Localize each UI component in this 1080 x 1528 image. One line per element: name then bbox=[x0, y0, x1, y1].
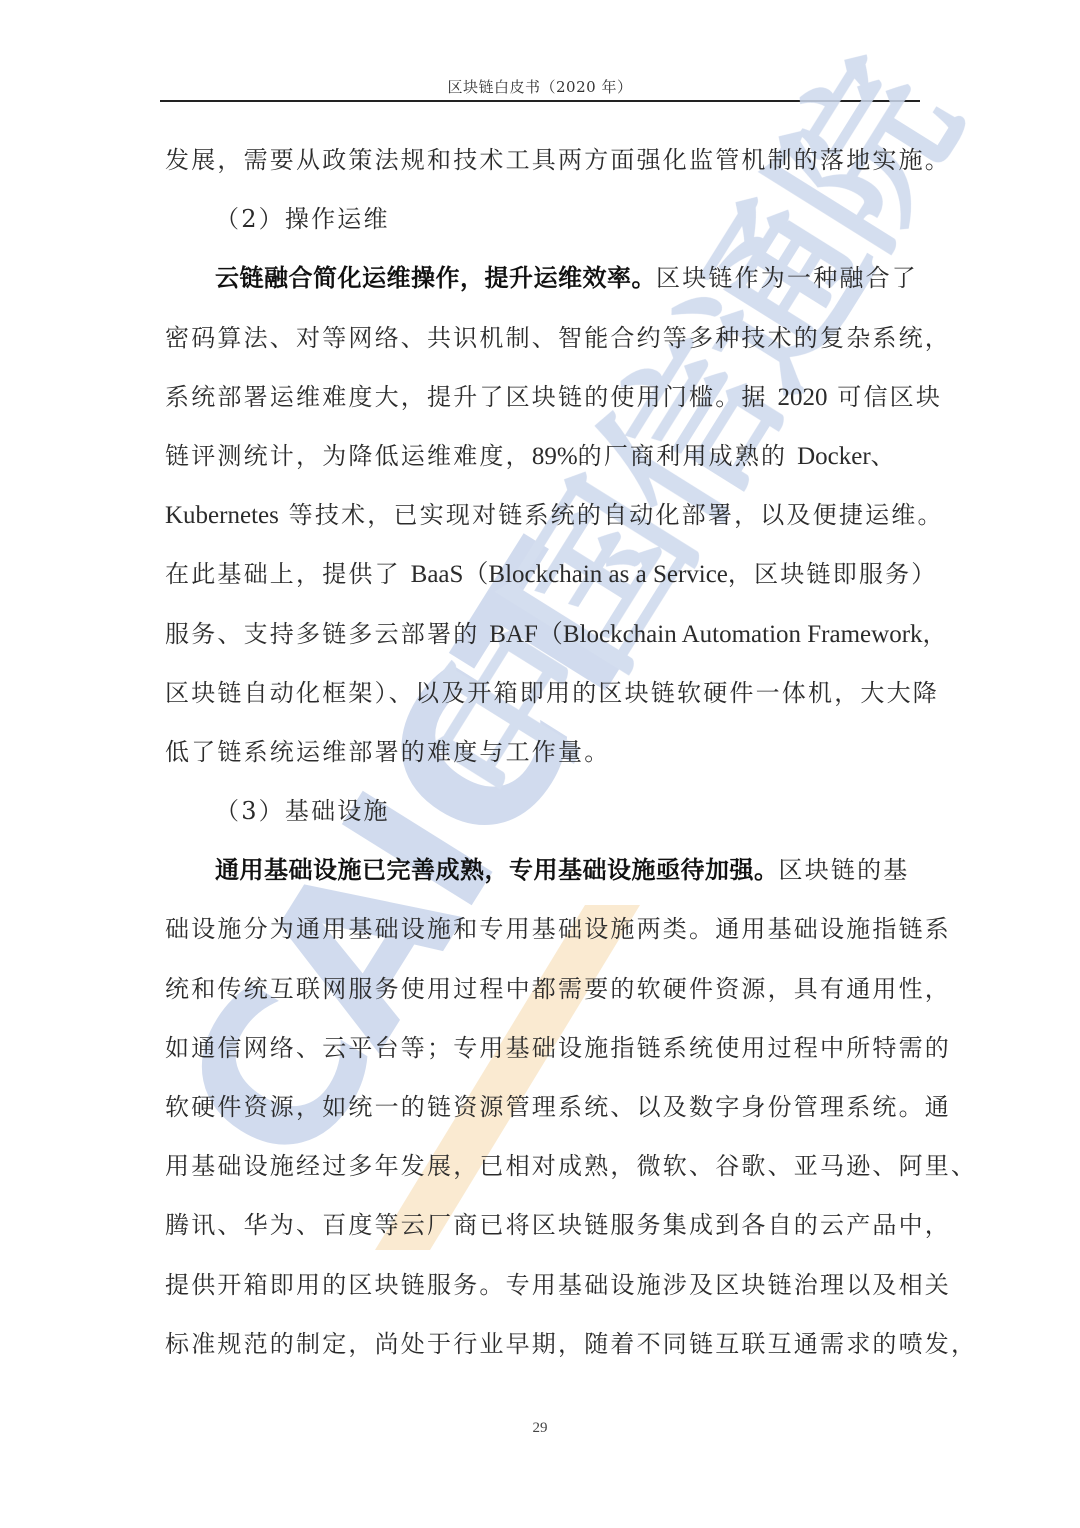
text-span: 可信区块 bbox=[827, 383, 942, 411]
text-line: 链评测统计，为降低运维难度，89%的厂商利用成熟的 Docker、 bbox=[165, 432, 917, 491]
section-heading-infrastructure: （3）基础设施 bbox=[165, 787, 917, 846]
text-span: 区块链作为一种融合了 bbox=[656, 264, 918, 292]
text-line: 腾讯、华为、百度等云厂商已将区块链服务集成到各自的云产品中， bbox=[165, 1201, 917, 1260]
text-line: 在此基础上，提供了 BaaS（Blockchain as a Service，区… bbox=[165, 550, 917, 609]
text-span: ， bbox=[923, 620, 949, 648]
text-span: 在此基础上，提供了 bbox=[165, 560, 411, 588]
term-baf: BAF（Blockchain Automation Framework bbox=[489, 621, 922, 648]
year-value: 2020 bbox=[777, 384, 827, 411]
paragraph-infrastructure-line: 通用基础设施已完善成熟，专用基础设施亟待加强。区块链的基 bbox=[165, 846, 917, 905]
text-span: 、 bbox=[871, 442, 897, 470]
body-text: 发展，需要从政策法规和技术工具两方面强化监管机制的落地实施。 （2）操作运维 云… bbox=[165, 136, 917, 1379]
running-header: 区块链白皮书（2020 年） bbox=[160, 76, 920, 97]
text-span: 系统部署运维难度大，提升了区块链的使用门槛。据 bbox=[165, 383, 777, 411]
text-line: 服务、支持多链多云部署的 BAF（Blockchain Automation F… bbox=[165, 610, 917, 669]
text-line: 系统部署运维难度大，提升了区块链的使用门槛。据 2020 可信区块 bbox=[165, 373, 917, 432]
text-line: 发展，需要从政策法规和技术工具两方面强化监管机制的落地实施。 bbox=[165, 136, 917, 195]
header-divider bbox=[160, 100, 920, 102]
document-page: CAICT 中国信通院 区块链白皮书（2020 年） 发展，需要从政策法规和技术… bbox=[0, 0, 1080, 1528]
percentage-value: 89% bbox=[532, 443, 578, 470]
term-baas: BaaS（Blockchain as a Service bbox=[411, 561, 728, 588]
term-kubernetes: Kubernetes bbox=[165, 502, 279, 529]
paragraph-operations-line: 云链融合简化运维操作，提升运维效率。区块链作为一种融合了 bbox=[165, 254, 917, 313]
text-line: Kubernetes 等技术，已实现对链系统的自动化部署，以及便捷运维。 bbox=[165, 491, 917, 550]
page-number: 29 bbox=[0, 1420, 1080, 1437]
section-heading-operations: （2）操作运维 bbox=[165, 195, 917, 254]
text-line: 统和传统互联网服务使用过程中都需要的软硬件资源，具有通用性， bbox=[165, 965, 917, 1024]
text-line: 区块链自动化框架）、以及开箱即用的区块链软硬件一体机，大大降 bbox=[165, 669, 917, 728]
text-span: 服务、支持多链多云部署的 bbox=[165, 620, 489, 648]
text-span: 区块链的基 bbox=[779, 856, 910, 884]
text-span: 等技术，已实现对链系统的自动化部署，以及便捷运维。 bbox=[279, 501, 944, 529]
text-line: 标准规范的制定，尚处于行业早期，随着不同链互联互通需求的喷发， bbox=[165, 1320, 917, 1379]
text-line: 础设施分为通用基础设施和专用基础设施两类。通用基础设施指链系 bbox=[165, 905, 917, 964]
text-line: 密码算法、对等网络、共识机制、智能合约等多种技术的复杂系统， bbox=[165, 314, 917, 373]
text-line: 低了链系统运维部署的难度与工作量。 bbox=[165, 728, 917, 787]
text-line: 提供开箱即用的区块链服务。专用基础设施涉及区块链治理以及相关 bbox=[165, 1261, 917, 1320]
bold-lead-sentence: 通用基础设施已完善成熟，专用基础设施亟待加强。 bbox=[215, 856, 779, 884]
text-span: 链评测统计，为降低运维难度， bbox=[165, 442, 532, 470]
text-span: ，区块链即服务） bbox=[728, 560, 938, 588]
text-line: 如通信网络、云平台等；专用基础设施指链系统使用过程中所特需的 bbox=[165, 1024, 917, 1083]
term-docker: Docker bbox=[797, 443, 871, 470]
bold-lead-sentence: 云链融合简化运维操作，提升运维效率。 bbox=[215, 264, 656, 292]
text-line: 软硬件资源，如统一的链资源管理系统、以及数字身份管理系统。通 bbox=[165, 1083, 917, 1142]
text-line: 用基础设施经过多年发展，已相对成熟，微软、谷歌、亚马逊、阿里、 bbox=[165, 1142, 917, 1201]
text-span: 的厂商利用成熟的 bbox=[578, 442, 797, 470]
